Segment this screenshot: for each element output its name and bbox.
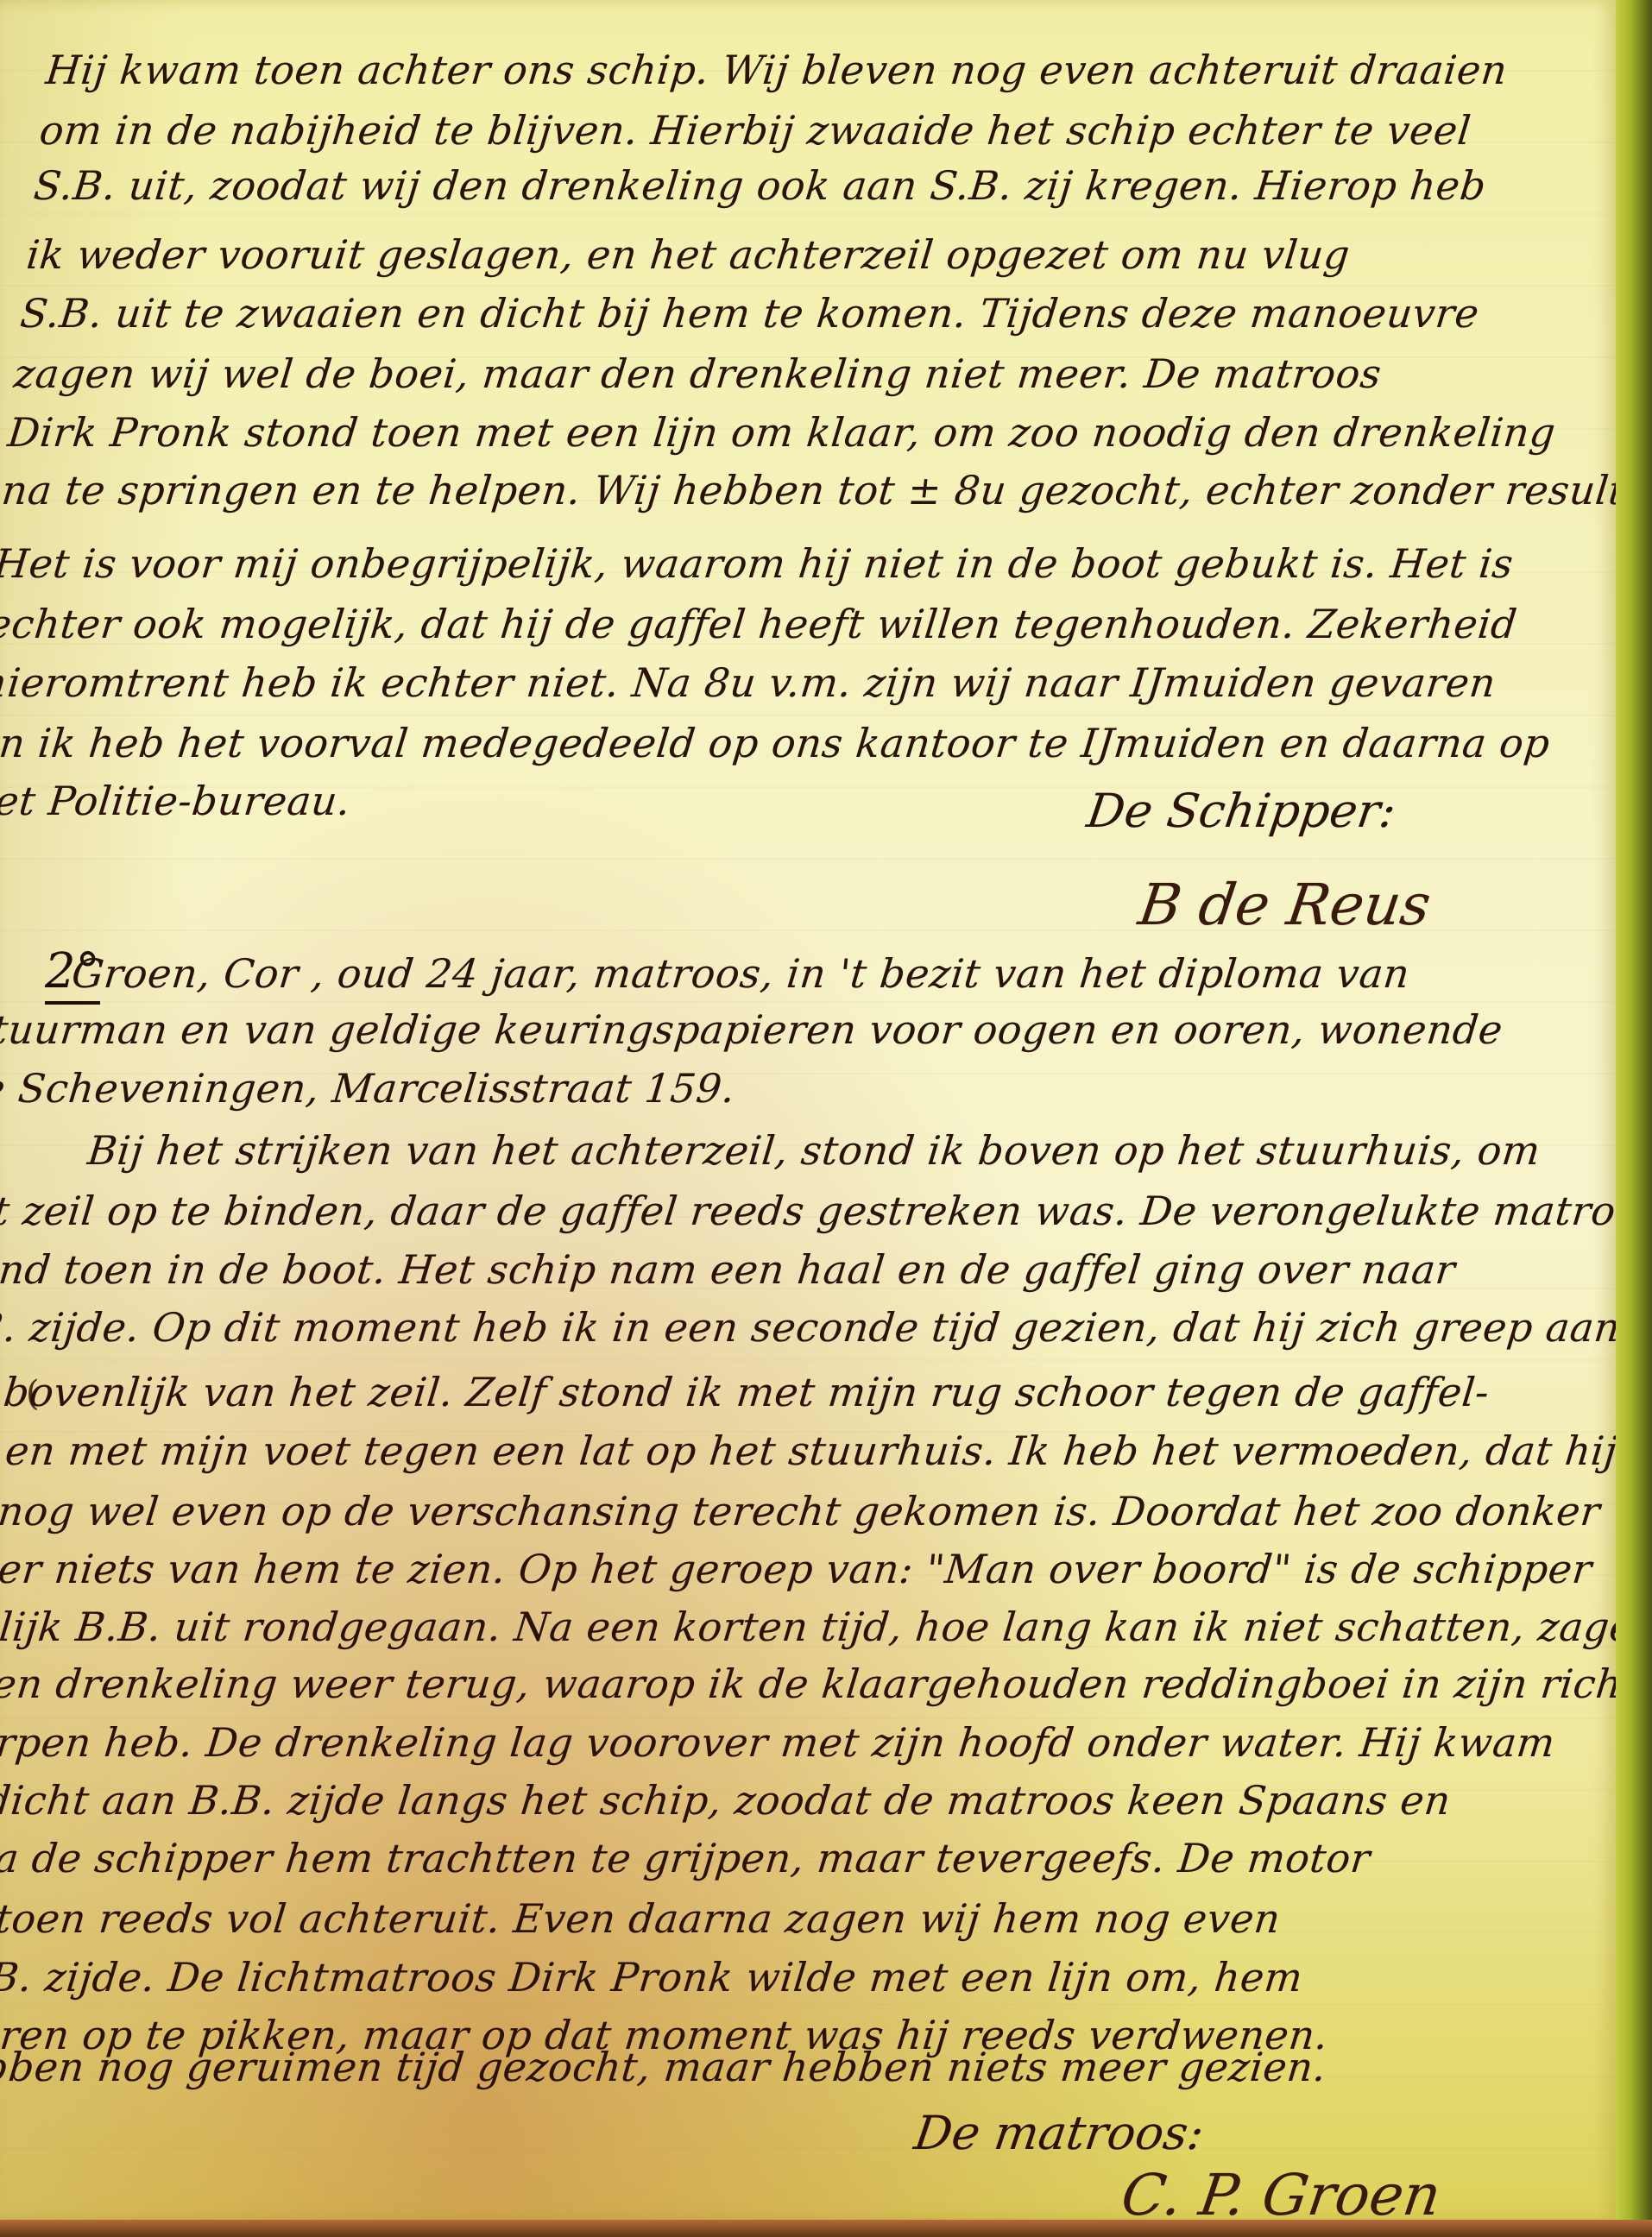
statement-line: stuurman en van geldige keuringspapieren… [0, 1010, 1504, 1049]
sailor-signature-label: De matroos: [911, 2106, 1207, 2160]
statement-line: Hij kwam toen achter ons schip. Wij blev… [44, 50, 1509, 90]
statement-line: zagen wij wel de boei, maar den drenkeli… [12, 354, 1384, 394]
statement-line: was er niets van hem te zien. Op het ger… [0, 1549, 1594, 1589]
statement-line: Dirk Pronk stond toen met een lijn om kl… [6, 413, 1558, 452]
statement-line: ook nog wel even op de verschansing tere… [0, 1491, 1652, 1531]
statement-line: Het is voor mij onbegrijpelijk, waarom h… [0, 544, 1516, 583]
statement-line: om in de nabijheid te blijven. Hierbij z… [38, 110, 1473, 150]
sailor-signature: C. P. Groen [1118, 2162, 1445, 2228]
statement-line: geworpen heb. De drenkeling lag voorover… [0, 1723, 1557, 1762]
statement-line: te Scheveningen, Marcelisstraat 159. [0, 1068, 737, 1108]
statement-line: S.B. uit te zwaaien en dicht bij hem te … [18, 293, 1481, 333]
statement-line: wij den drenkeling weer terug, waarop ik… [0, 1664, 1652, 1704]
statement-line: echter ook mogelijk, dat hij de gaffel h… [0, 604, 1519, 644]
statement-line: dadelijk B.B. uit rondgegaan. Na een kor… [0, 1607, 1652, 1647]
statement-line: hieromtrent heb ik echter niet. Na 8u v.… [0, 663, 1498, 703]
statement-line: na te springen en te helpen. Wij hebben … [0, 470, 1652, 510]
background-edge [1616, 0, 1652, 2237]
statement-line: ik weder vooruit geslagen, en het achter… [25, 235, 1352, 274]
background-bottom [0, 2220, 1652, 2237]
statement-line: het bovenlijk van het zeil. Zelf stond i… [0, 1372, 1491, 1412]
statement-line: Wij hebben nog geruimen tijd gezocht, ma… [0, 2047, 1328, 2087]
statement-line: bek en met mijn voet tegen een lat op he… [0, 1431, 1619, 1471]
statement-line: daarna de schipper hem trachtten te grij… [0, 1838, 1372, 1878]
statement-line: aan S.B. zijde. De lichtmatroos Dirk Pro… [0, 1957, 1305, 1997]
statement-line: het zeil op te binden, daar de gaffel re… [0, 1191, 1652, 1231]
statement-line: het Politie-bureau. [0, 781, 352, 821]
skipper-signature-label: De Schipper: [1084, 784, 1400, 838]
document-page: Hij kwam toen achter ons schip. Wij blev… [0, 0, 1616, 2220]
statement-line: Groen, Cor , oud 24 jaar, matroos, in 't… [70, 954, 1411, 993]
statement-line: stond toen reeds vol achteruit. Even daa… [0, 1899, 1283, 1938]
statement-line: S.B. uit, zoodat wij den drenkeling ook … [32, 166, 1488, 205]
statement-line: Bij het strijken van het achterzeil, sto… [85, 1131, 1542, 1170]
skipper-signature: B de Reus [1135, 872, 1435, 938]
statement-line: stond toen in de boot. Het schip nam een… [0, 1250, 1457, 1289]
statement-line: B.B. zijde. Op dit moment heb ik in een … [0, 1308, 1623, 1347]
statement-line: toen dicht aan B.B. zijde langs het schi… [0, 1780, 1453, 1820]
statement-line: en ik heb het voorval medegedeeld op ons… [0, 723, 1552, 763]
